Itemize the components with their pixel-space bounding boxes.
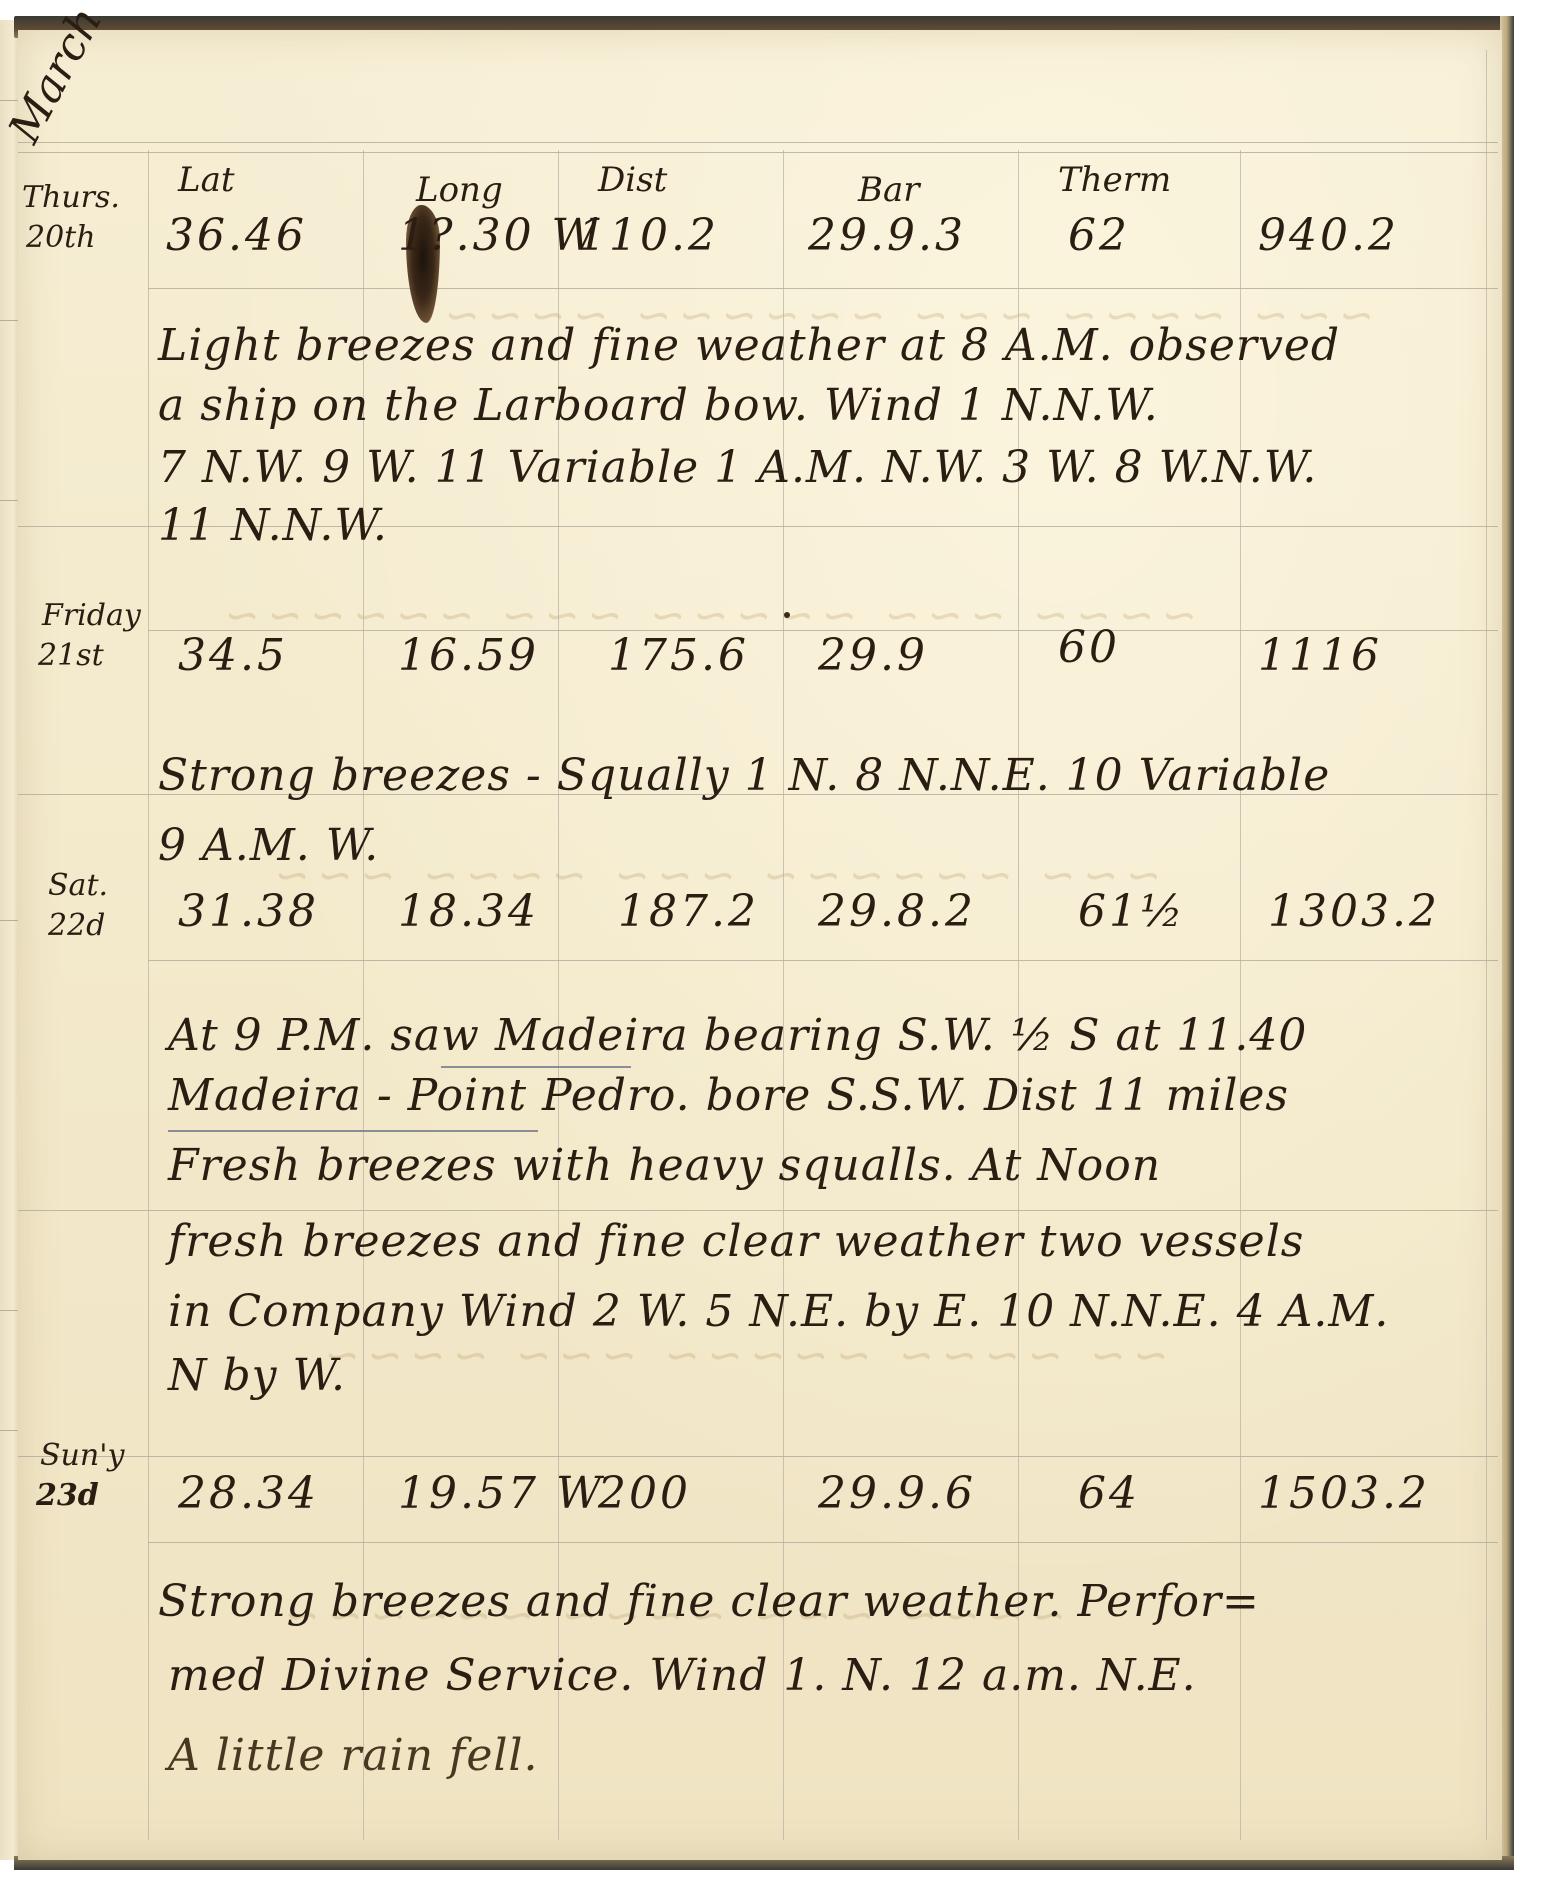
entry-lat: 34.5 (178, 630, 288, 681)
entry-day-name: Sun'y (40, 1436, 124, 1476)
entry-remark-line: med Divine Service. Wind 1. N. 12 a.m. N… (168, 1650, 1197, 1701)
book-page-stack-edge (1500, 16, 1514, 1870)
entry-remark-line: Madeira - Point Pedro. bore S.S.W. Dist … (168, 1070, 1289, 1123)
entry-remark-line: a ship on the Larboard bow. Wind 1 N.N.W… (158, 380, 1159, 431)
entry-lat: 36.46 (166, 210, 307, 261)
entry-day-name: Friday (42, 596, 141, 636)
entry-remark-line: Strong breezes and fine clear weather. P… (158, 1576, 1260, 1627)
column-header-dist: Dist (598, 160, 667, 200)
entry-long: 1?.30 W (398, 210, 600, 261)
ruled-line-header (18, 142, 1498, 143)
column-rule (148, 150, 149, 1840)
log-page: ~~~ ~~~~ ~~~ ~~~~~~ ~~~~ ~~~~ ~~~ ~~~~~ … (18, 30, 1502, 1860)
column-header-bar: Bar (858, 170, 920, 210)
ruled-line-header (18, 152, 1498, 153)
bleed-through-text: ~~ ~~~~ ~~~~~ ~~~ ~~~~ (306, 1330, 1181, 1381)
entry-remark-line: Fresh breezes with heavy squalls. At Noo… (168, 1140, 1161, 1191)
entry-total: 1503.2 (1258, 1468, 1430, 1519)
entry-total: 1303.2 (1268, 886, 1440, 937)
entry-remark-line: Light breezes and fine weather at 8 A.M.… (158, 320, 1340, 371)
entry-day-num: 21st (38, 636, 104, 676)
entry-bar: 29.9 (818, 630, 928, 681)
ruled-line (148, 288, 1498, 289)
entry-bar: 29.9.6 (818, 1468, 976, 1519)
entry-remark-line: in Company Wind 2 W. 5 N.E. by E. 10 N.N… (168, 1286, 1389, 1337)
entry-remark-line: 7 N.W. 9 W. 11 Variable 1 A.M. N.W. 3 W.… (158, 442, 1317, 493)
entry-day-num: 23d (36, 1476, 99, 1516)
entry-long: 19.57 W (398, 1468, 604, 1519)
entry-remark-line: At 9 P.M. saw Madeira bearing S.W. ½ S a… (168, 1010, 1307, 1061)
entry-dist: 187.2 (618, 886, 759, 937)
entry-remark-line: Strong breezes - Squally 1 N. 8 N.N.E. 1… (158, 750, 1330, 801)
entry-total: 940.2 (1258, 210, 1399, 261)
entry-therm: 64 (1078, 1468, 1140, 1519)
entry-remark-line: A little rain fell. (168, 1730, 538, 1781)
entry-day-name: Sat. (48, 866, 108, 906)
ruled-line (18, 1210, 1498, 1211)
entry-dist: 175.6 (608, 630, 749, 681)
entry-day-num: 20th (26, 218, 96, 258)
entry-therm: 62 (1068, 210, 1130, 261)
column-header-lat: Lat (178, 160, 235, 200)
entry-lat: 31.38 (178, 886, 319, 937)
column-header-long: Long (416, 170, 503, 210)
column-header-therm: Therm (1058, 160, 1171, 200)
entry-long: 16.59 (398, 630, 539, 681)
entry-day-name: Thurs. (22, 178, 120, 218)
entry-remark-line: fresh breezes and fine clear weather two… (168, 1216, 1304, 1267)
entry-therm: 61½ (1078, 886, 1186, 937)
ruled-line (148, 1542, 1498, 1543)
entry-long: 18.34 (398, 886, 539, 937)
underline-madeira-point-pedro (168, 1130, 538, 1132)
underline-madeira (441, 1066, 631, 1068)
ink-dot (784, 612, 790, 618)
ruled-line (148, 960, 1498, 961)
entry-remark-line: N by W. (168, 1350, 346, 1401)
entry-dist: 200 (598, 1468, 691, 1519)
ruled-line (18, 1456, 1498, 1457)
entry-total: 1116 (1258, 630, 1382, 681)
entry-remark-line: 11 N.N.W. (158, 500, 388, 551)
entry-therm: 60 (1058, 622, 1120, 673)
entry-bar: 29.9.3 (808, 210, 966, 261)
page-margin-rule (1486, 50, 1487, 1840)
entry-remark-line: 9 A.M. W. (158, 820, 379, 871)
entry-day-num: 22d (48, 906, 105, 946)
entry-dist: 110.2 (578, 210, 719, 261)
entry-bar: 29.8.2 (818, 886, 976, 937)
entry-lat: 28.34 (178, 1468, 319, 1519)
